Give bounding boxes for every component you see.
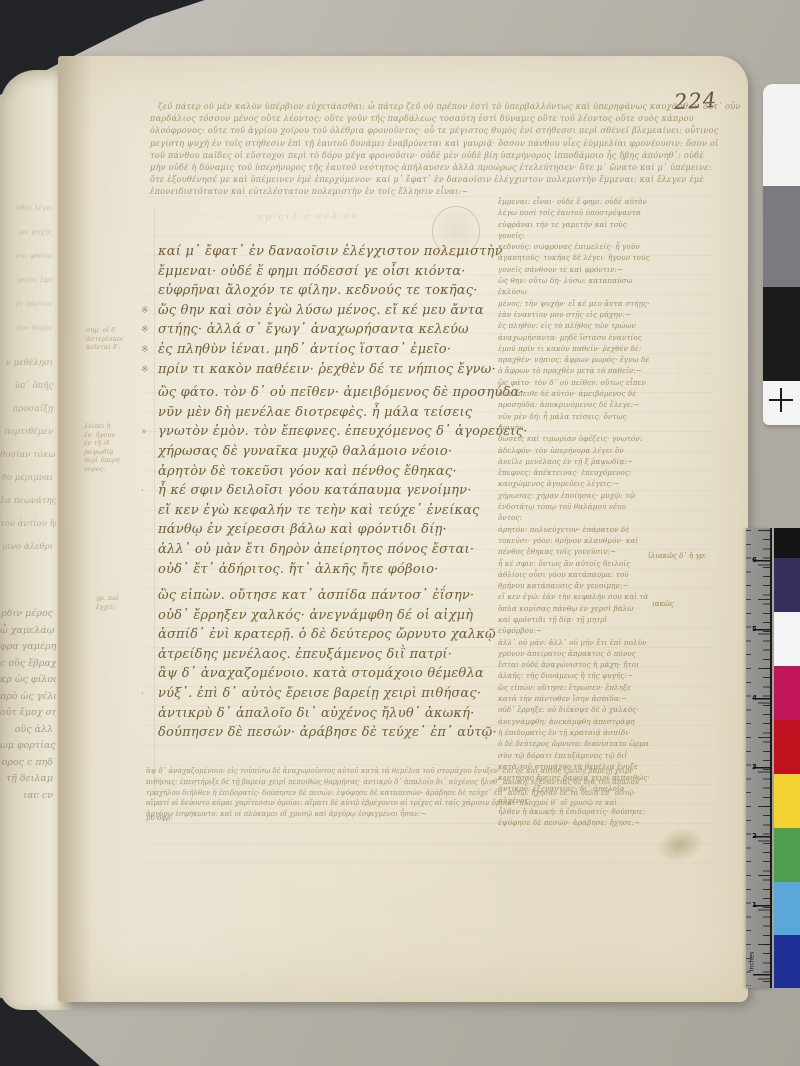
scholia-line: ἔμμεναι: εἶναι· οὐδέ ἕ φημι: οὐδὲ αὐτὸν [498,196,652,207]
margin-note-line: ῥαψωδίᾳ [84,448,120,457]
ruler-tick-strip [746,530,751,986]
facing-line: ν μεθέλῃσι [0,352,53,375]
verse-line: ἀσπίδ᾽ ἐνὶ κρατερῇ. ὁ δὲ δεύτερος ὤρνυτο… [158,625,518,645]
left-margin-notes-b: λείπει ἡἐν· ἤγουνἐν τῇ ιδῥαψωδίᾳπερὶ ὑπε… [84,422,120,473]
verse-paragraph: ὣς φάτο. τὸν δ᾽ οὐ πεῖθεν· ἀμειβόμενος δ… [158,383,518,579]
scholia-line: ἀλκῆς: τῆς δυνάμεως ἢ τῆς φυγῆς:~ [498,670,652,681]
scholia-line: μὴν οὐδὲ ἡ δύναμις τοῦ ὑπερήνορος τῆς ἑα… [150,161,742,173]
scholia-line: καὶ φρόντιδι τῇ δίᾳ· τῇ μητρὶ εὐφόρβου:~ [498,614,652,637]
scholia-line: εἴ κεν ἐγώ: ἐὰν τὴν κεφαλήν σου καὶ τὰ [498,591,652,602]
facing-line: πορτιθέμεν [0,421,53,444]
scholia-line: ὅτε ἐξουθένησέ με καὶ ὑπέμεινεν ἐμὲ ἐπερ… [150,173,742,185]
ink-stain [652,821,708,868]
scholia-line: σὺν τῷ δόρατι ἐπευξάμενος τῷ διῒ [498,750,652,761]
verse-text: ἀσπίδ᾽ ἐνὶ κρατερῇ. ὁ δὲ δεύτερος ὤρνυτο… [158,627,496,642]
scholia-line: ἀδελφόν· τὸν ὑπερήνορα λέγει ὃν [498,445,652,456]
margin-note-line: ἐν· ἤγουν [84,431,120,440]
verse-line: » γνωτὸν ἐμὸν. τὸν ἔπεφνες. ἐπευχόμενος … [158,422,518,442]
scholia-line: ὣς φάτο· τὸν δ᾽ οὐ πεῖθεν: οὕτως εἶπεν [498,377,652,388]
scholia-line: ἀνεῖλε μενέλαος ἐν τῇ ξ ῥαψωδίᾳ:~ [498,456,652,467]
verse-line: ὣς φάτο. τὸν δ᾽ οὐ πεῖθεν· ἀμειβόμενος δ… [158,383,518,403]
color-patch [774,935,800,988]
ghost-annotation: ϲμ ϲιλ ϲ ϲελ ϲϲ [258,210,359,223]
verse-line: δούπησεν δὲ πεσών· ἀράβησε δὲ τεύχε᾽ ἐπ᾽… [158,723,518,743]
scholia-line: λέγω ποσὶ τοῖς ἑαυτοῦ ὑποστρέψαντα [498,207,652,218]
scholia-line: κεδνούς: σώφρονας ἐπιμελεῖς· ἦ γοῦν [498,241,652,252]
color-patch [774,558,800,612]
verse-line: νῦν μὲν δὴ μενέλαε διοτρεφὲς. ἦ μάλα τεί… [158,403,518,423]
grayscale-patch [763,186,800,287]
facing-line: ορος ϲ πηδ [0,755,53,772]
scholia-line: παρδάλιος τόσσον μένος οὔτε λέοντος: οὔτ… [150,112,742,124]
color-patch [774,666,800,720]
verse-line: εἴ κεν ἐγὼ κεφαλήν τε τεὴν καὶ τεύχε᾽ ἐν… [158,501,518,521]
margin-note-line: γρ. καὶ [96,594,119,603]
facing-line: ιαϲ ϲν [0,788,53,805]
verse-line: ἔμμεναι· οὐδέ ἕ φημι πόδεσσί γε οἷσι κιό… [158,262,518,282]
scholia-line: ἀθλίοις οὖσι γόου κατάπαυμα: τοῦ [498,569,652,580]
verse-paragraph: καί μ᾽ ἔφατ᾽ ἐν δαναοῖσιν ἐλέγχιστον πολ… [158,242,518,379]
top-scholia: ζεῦ πάτερ οὐ μὲν καλὸν ὑπέρβιον εὐχετάασ… [150,100,742,198]
facing-line: τὸν ἀντίον ἥν [0,513,53,536]
facing-line: πρὸ ὡς γέλως [0,689,53,706]
scholia-line: ἔσται οὐδὲ ἀναγώνιστος ἡ μάχη· ἤτοι [498,659,652,670]
verse-line: χήρωσας δὲ γυναῖκα μυχῷ θαλάμοιο νέοιο· [158,442,518,462]
verse-line: ※ ἐς πληθὺν ἰέναι. μηδ᾽ ἀντίος ἵστασ᾽ ἐμ… [158,340,518,360]
verse-text: ἔμμεναι· οὐδέ ἕ φημι πόδεσσί γε οἷσι κιό… [158,264,466,279]
verse-line: οὐδ᾽ ἔρρηξεν χαλκός· ἀνεγνάμφθη δέ οἱ αἰ… [158,606,518,626]
critical-sign: ※ [141,361,156,381]
ruler-number: 4 [752,694,757,702]
left-margin-notes-a: σημ· οἱ δἀστερίσκοικεῖνται δʹ: [86,326,123,352]
scholia-line: ἀγαπητούς· τοκῆας δὲ λέγει· ἤγουν τοὺς [498,252,652,263]
scholia-line: οὐκ ἔπειθε δὲ αὐτόν· ἀμειβόμενος δὲ [498,388,652,399]
right-margin-note-2: ιακῶς [652,600,674,608]
color-patch [774,828,800,882]
verse-line: ὣς εἰπὼν. οὔτησε κατ᾽ ἀσπίδα πάντοσ᾽ ἐΐσ… [158,586,518,606]
scholia-line: ἀρητόν: πολυεύχετον· ἐπάρατον δὲ [498,524,652,535]
scholia-line: ἡ ἐπιδορατὶς ἐν τῇ κραταιᾷ ἀσπίδι· [498,727,652,738]
facing-line: μενος ἔφη [0,268,53,292]
verse-text: οὐδ᾽ ἔτ᾽ ἀδήριτος. ἤτ᾽ ἀλκῆς ἤτε φόβοιο· [158,562,438,577]
critical-sign: ※ [141,341,156,361]
scholia-line: μεγίστη ψυχὴ ἐν τοῖς στήθεσιν ἐπὶ τῇ ἑαυ… [150,137,742,149]
scholia-line: ἔπεφνες: ἀπέκτεινας· ἐπευχόμενος: [498,467,652,478]
ruler-number: 2 [752,832,757,840]
verse-line: ※ πρίν τι κακὸν παθέειν· ῥεχθὲν δέ τε νή… [158,360,518,380]
verse-text: καί μ᾽ ἔφατ᾽ ἐν δαναοῖσιν ἐλέγχιστον πολ… [158,244,503,259]
scholia-line: ἀλλ᾽ οὐ μάν: ἀλλ᾽ οὐ μὴν ἔτι ἐπὶ πολὺν [498,637,652,648]
facing-line: ρον θυμόν [0,316,53,340]
verse-line: οὐδ᾽ ἔτ᾽ ἀδήριτος. ἤτ᾽ ἀλκῆς ἤτε φόβοιο· [158,560,518,580]
scholia-line: τοῦ πάνθου παῖδες οἱ εὔστοχοι περὶ τὸ δό… [150,149,742,161]
facing-page-mid-lines: ν μεθέλῃσιὑπ᾽ ὀπῆςπροσαΐξῃπορτιθέμενθυσί… [0,352,56,559]
facing-line: κρ ὡς φίλος [0,672,53,689]
verse-line: ἂψ δ᾽ ἀναχαζομένοιο. κατὰ στομάχοιο θέμε… [158,664,518,684]
grayscale-patch [763,287,800,381]
scholia-line: πραχθέν· νήπιος: ἄφρων μωρός· ἔγνω δὲ [498,354,652,365]
ruler-label: Inches [748,952,755,972]
verse-text: ἐς πληθὺν ἰέναι. μηδ᾽ ἀντίος ἵστασ᾽ ἐμεῖ… [158,342,451,357]
verse-text: ὥς θην καὶ σὸν ἐγὼ λύσω μένος. εἴ κέ μευ… [158,303,484,318]
grayscale-card [763,84,800,425]
scholia-line: θρήνου κατάπαυσις ἂν γενοίμην:~ [498,580,652,591]
crosshair-icon [769,388,793,412]
verse-text: νῦν μὲν δὴ μενέλαε διοτρεφὲς. ἦ μάλα τεί… [158,405,472,420]
ruler-number: 3 [752,763,757,771]
verse-line: εὐφρῆναι ἄλοχόν τε φίλην. κεδνούς τε τοκ… [158,281,518,301]
color-patch [774,528,800,558]
facing-line: οὐτ ἔμοχ ση [0,705,53,722]
verse-text: ἀτρείδης μενέλαος. ἐπευξάμενος διῒ πατρί… [158,647,452,662]
facing-line: μινο ἀλεθρι [0,536,53,559]
verse-line: πάνθῳ ἐν χείρεσσι βάλω καὶ φρόντιδι δίῃ· [158,520,518,540]
facing-page-lower-lines: ρδιν μέροςὦ χαμελάῳφρα γαμέρηϲ οὓς ἔβραχ… [0,606,56,804]
margin-note-line: νορος: [84,465,120,474]
grayscale-patch [763,84,800,186]
scholia-line: ἐνδοτάτῳ τόπῳ τοῦ θαλάμου νέου ὄντος: [498,501,652,524]
scholia-line: ζεῦ πάτερ οὐ μὲν καλὸν ὑπέρβιον εὐχετάασ… [150,100,742,112]
margin-note-line: ἀστερίσκοι [86,335,123,344]
main-text: καί μ᾽ ἔφατ᾽ ἐν δαναοῖσιν ἐλέγχιστον πολ… [158,242,518,743]
verse-text: ἀντικρὺ δ᾽ ἁπαλοῖο δι᾽ αὐχένος ἤλυθ᾽ ἀκω… [158,706,474,721]
verse-text: εἴ κεν ἐγὼ κεφαλήν τε τεὴν καὶ τεύχε᾽ ἐν… [158,503,480,518]
scholia-line: ἂψ δ᾽ ἀναχαζομένοιο: εἰς τοὐπίσω δὲ ἀναχ… [146,766,744,777]
scholia-line: γονεῖς πάνθουν τε καὶ φρόντιν:~ [498,264,652,275]
scholia-line: ὀλοόφρονος: οὔτε τοῦ ἀγρίου χοίρου τοῦ ὀ… [150,124,742,136]
facing-line: σθαι λέγει [0,196,53,220]
scholia-line: ἀνεγνάμφθη: ἀνεκάμφθη ἀπεστράφη [498,716,652,727]
verse-line: · ἦ κέ σφιν δειλοῖσι γόου κατάπαυμα γενο… [158,481,518,501]
margin-note-line: περὶ ὑπερή [84,456,120,465]
scholia-line: χρόνον ἀπείρατος ἄπρακτος ὁ πόνος [498,648,652,659]
verse-text: στήῃς· ἀλλά σ᾽ ἔγωγ᾽ ἀναχωρήσαντα κελεύω [158,322,469,337]
critical-sign: · [141,685,156,705]
facing-line: θυσίαν τόκων [0,444,53,467]
facing-line: τῇ δειλαμ [0,771,53,788]
facing-line: ων ψυχῆς [0,220,53,244]
critical-sign: » [141,423,156,443]
scholia-line: προσηύδα: ἀποκρινόμενος δὲ ἔλεγε:~ [498,399,652,410]
scholia-line: νῦν μὲν δή: ἦ μάλα τείσεις: ὄντως ποινὴν [498,411,652,434]
facing-line: ρδιν μέρος [0,606,53,623]
facing-line: φρα γαμέρη [0,639,53,656]
manuscript-page: 224 ζεῦ πάτερ οὐ μὲν καλὸν ὑπέρβιον εὐχε… [58,56,748,1002]
ruler-number: 1 [752,901,757,909]
verse-text: ὣς εἰπὼν. οὔτησε κατ᾽ ἀσπίδα πάντοσ᾽ ἐΐσ… [158,588,474,603]
verse-line: ἀλλ᾽ οὐ μὰν ἔτι δηρὸν ἀπείρητος πόνος ἔσ… [158,540,518,560]
scholia-line: δώσεις καὶ τιμωρίαν ὑφέξεις· γνωτόν: [498,433,652,444]
verse-text: δούπησεν δὲ πεσών· ἀράβησε δὲ τεύχε᾽ ἐπ᾽… [158,725,497,740]
ruler-number: 6 [752,556,757,564]
ruler-number: 5 [752,625,757,633]
scholia-line: ἐμοῦ πρίν τι κακὸν παθεῖν· ῥεχθὲν δέ: [498,343,652,354]
scholia-line: τραχήλου διῆλθεν ἡ ἐπιδορατίς· δούπησεν … [146,788,744,799]
critical-sign: ※ [141,321,156,341]
margin-note-line: ἔγχεϊ: [96,603,119,612]
verse-line: ἀτρείδης μενέλαος. ἐπευξάμενος διῒ πατρί… [158,645,518,665]
grayscale-patches [763,84,800,381]
scholia-line: τοκεῦσι· γόον: θρῆνον κλαυθμόν· καὶ [498,535,652,546]
ruler: 654321 Inches [746,528,772,988]
color-patch [774,720,800,774]
color-patch [774,882,800,935]
verse-line: · νύξ᾽. ἐπὶ δ᾽ αὐτὸς ἔρεισε βαρείῃ χειρὶ… [158,684,518,704]
facing-line: οὓς ἀλλ [0,722,53,739]
scholia-line: ἐς πληθύν: εἰς τὸ πλῆθος τῶν τρώων [498,320,652,331]
scholia-line: οὐδ᾽ ἔρρηξε: οὐ διέκοψε δὲ ὁ χαλκός· [498,704,652,715]
facing-line: ὦ χαμελάῳ [0,623,53,640]
margin-note-line: κεῖνται δʹ: [86,343,123,352]
scholia-line: ὁ ἄφρων τὸ πραχθὲν μετὰ τὸ παθεῖν:~ [498,365,652,376]
verse-text: ἀλλ᾽ οὐ μὰν ἔτι δηρὸν ἀπείρητος πόνος ἔσ… [158,542,474,557]
facing-line: προσαΐξῃ [0,398,53,421]
scholia-line: πιθήσας: ἐπεστήριξε δὲ τῇ βαρείᾳ χειρὶ π… [146,777,744,788]
scholia-line: ἦ κέ σφιν: ὄντως ἂν αὐτοῖς δειλοῖς [498,558,652,569]
scholia-line: ἐπονειδιστότατον καὶ εὐτελέστατον πολεμι… [150,185,742,197]
scholia-line: ὣς εἰπών: οὔτησε: ἔτρωσεν· ἔπληξε [498,682,652,693]
margin-note-line: ἐν τῇ ιδ [84,439,120,448]
verse-line: ἀντικρὺ δ᾽ ἁπαλοῖο δι᾽ αὐχένος ἤλυθ᾽ ἀκω… [158,704,518,724]
verse-text: ἦ κέ σφιν δειλοῖσι γόου κατάπαυμα γενοίμ… [158,483,472,498]
scholia-line: κατὰ τὴν πάντοθεν ἴσην ἀσπίδα:~ [498,693,652,704]
ruling-vertical-line [154,206,155,806]
color-patch [774,612,800,666]
scholia-line: χήρωσας: χήραν ἐποίησας· μυχῷ: τῷ [498,490,652,501]
scholia-line: ὥς θην: οὕτω δή· λύσω: καταπαύσω ἐκλύσω [498,275,652,298]
facing-line: ωμ φορτίας [0,738,53,755]
verse-text: εὐφρῆναι ἄλοχόν τε φίλην. κεδνούς τε τοκ… [158,283,478,298]
verse-text: οὐδ᾽ ἔρρηξεν χαλκός· ἀνεγνάμφθη δέ οἱ αἰ… [158,608,473,623]
scholia-line: καυχώμενος ἀγορεύεις λέγεις:~ [498,478,652,489]
right-margin-note-1: ἰλιακῶς δ᾽ ἡ γρ: [648,552,706,560]
facing-page-faint-lines: σθαι λέγειων ψυχῆςναι φθόνῳμενος ἔφησι π… [0,196,56,340]
verse-text: ἀρητὸν δὲ τοκεῦσι γόον καὶ πένθος ἔθηκας… [158,464,457,479]
scholia-line: πένθος ἔθηκας τοῖς γονεῦσιν:~ [498,546,652,557]
margin-note-line: λείπει ἡ [84,422,120,431]
scholia-line: εὐφρᾶναι τήν τε γαμετὴν καὶ τοὺς γονεῖς: [498,219,652,242]
color-patch [774,774,800,828]
scholia-line: ὁ δὲ δεύτερος ὤρνυτο: διανίστατο ὥρμα [498,738,652,749]
verse-paragraph: ὣς εἰπὼν. οὔτησε κατ᾽ ἀσπίδα πάντοσ᾽ ἐΐσ… [158,586,518,743]
verse-text: ὣς φάτο. τὸν δ᾽ οὐ πεῖθεν· ἀμειβόμενος δ… [158,385,524,400]
margin-note-line: σημ· οἱ δ [86,326,123,335]
verse-text: ἂψ δ᾽ ἀναχαζομένοιο. κατὰ στομάχοιο θέμε… [158,666,484,681]
left-margin-notes-c: γρ. καὶἔγχεϊ: [96,594,119,611]
right-scholia: ἔμμεναι: εἶναι· οὐδέ ἕ φημι: οὐδὲ αὐτὸνλ… [498,196,652,829]
bottom-scholia-tail: μῦ ὀφρ· [146,814,173,822]
verse-line: καί μ᾽ ἔφατ᾽ ἐν δαναοῖσιν ἐλέγχιστον πολ… [158,242,518,262]
verse-text: νύξ᾽. ἐπὶ δ᾽ αὐτὸς ἔρεισε βαρείῃ χειρὶ π… [158,686,481,701]
scholia-line: ἐὰν ἐναντίον μου στῇς εἰς μάχην:~ [498,309,652,320]
facing-line: ὑπ᾽ ὀπῆς [0,375,53,398]
facing-line: σι πάντων [0,292,53,316]
scholia-line: ὅπλα κομίσας πάνθῳ ἐν χερσὶ βάλω [498,603,652,614]
scholia-line: ἀργύρῳ ἐσφήκωντο: καὶ οἱ πλόκαμοι οἳ χρυ… [146,809,744,820]
scholia-line: αἵματί οἱ δεύοντο κόμαι χαρίτεσσιν ὁμοῖα… [146,798,744,809]
color-bar [774,528,800,988]
verse-text: πάνθῳ ἐν χείρεσσι βάλω καὶ φρόντιδι δίῃ· [158,522,447,537]
facing-line: λα πεωνάτης [0,490,53,513]
verse-line: ἀρητὸν δὲ τοκεῦσι γόον καὶ πένθος ἔθηκας… [158,462,518,482]
scholia-line: ἀναχωρήσαντα· μηδὲ ἵστασο ἐναντίος [498,332,652,343]
verse-text: χήρωσας δὲ γυναῖκα μυχῷ θαλάμοιο νέοιο· [158,444,452,459]
scholia-line: μένος: τὴν ψυχήν· εἴ κέ μευ ἄντα στήῃς· [498,298,652,309]
facing-line: ναι φθόνῳ [0,244,53,268]
verse-text: πρίν τι κακὸν παθέειν· ῥεχθὲν δέ τε νήπι… [158,362,496,377]
verse-line: ※ ὥς θην καὶ σὸν ἐγὼ λύσω μένος. εἴ κέ μ… [158,301,518,321]
bottom-scholia: ἂψ δ᾽ ἀναχαζομένοιο: εἰς τοὐπίσω δὲ ἀναχ… [146,766,744,820]
verse-line: ※ στήῃς· ἀλλά σ᾽ ἔγωγ᾽ ἀναχωρήσαντα κελε… [158,320,518,340]
critical-sign: · [141,482,156,502]
critical-sign: ※ [141,302,156,322]
facing-line: θο μέριμναι [0,467,53,490]
facing-line: ϲ οὓς ἔβραχ [0,656,53,673]
facing-page-text: σθαι λέγειων ψυχῆςναι φθόνῳμενος ἔφησι π… [0,70,58,1010]
verse-text: γνωτὸν ἐμὸν. τὸν ἔπεφνες. ἐπευχόμενος δ᾽… [158,424,528,439]
